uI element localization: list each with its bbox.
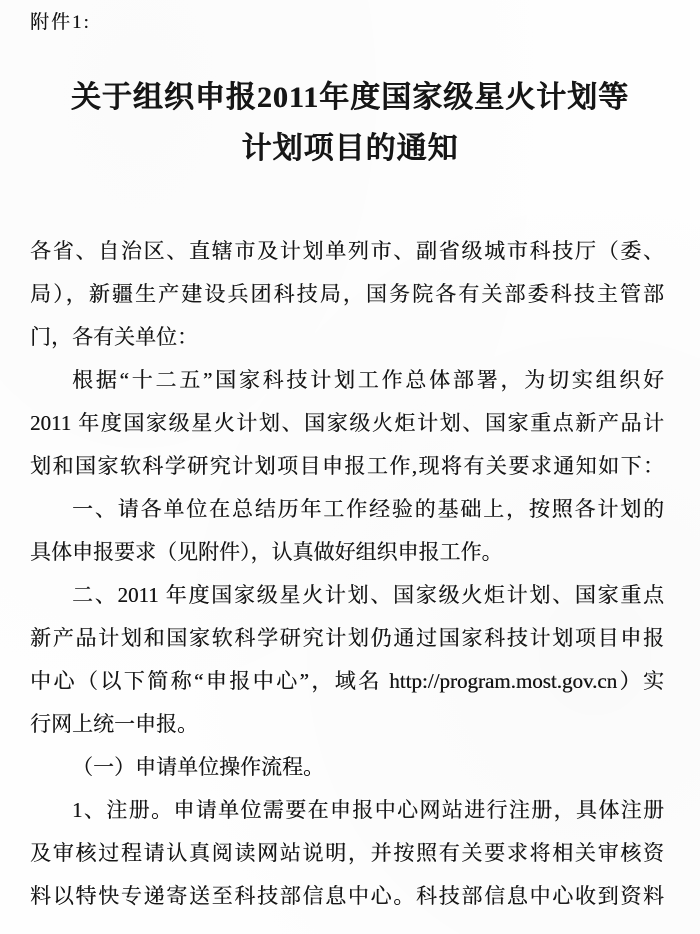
attachment-label: 附件1: xyxy=(30,9,91,37)
document-title: 关于组织申报2011年度国家级星火计划等 计划项目的通知 xyxy=(0,72,700,174)
body-line: 根据“十二五”国家科技计划工作总体部署，为切实组织好 xyxy=(30,359,664,402)
body-line: 1、注册。申请单位需要在申报中心网站进行注册，具体注册 xyxy=(30,789,664,832)
body-line: 局），新疆生产建设兵团科技局，国务院各有关部委科技主管部 xyxy=(30,273,664,316)
body-line: 中心（以下简称“申报中心”，域名 http://program.most.gov… xyxy=(30,660,664,703)
body-line: 料以特快专递寄送至科技部信息中心。科技部信息中心收到资料 xyxy=(30,875,664,918)
body-line: 门，各有关单位： xyxy=(30,316,664,359)
body-line: 二、2011 年度国家级星火计划、国家级火炬计划、国家重点 xyxy=(30,574,664,617)
body-line: 一、请各单位在总结历年工作经验的基础上，按照各计划的 xyxy=(30,488,664,531)
body-line: 各省、自治区、直辖市及计划单列市、副省级城市科技厅（委、 xyxy=(30,230,664,273)
body-line: 行网上统一申报。 xyxy=(30,703,664,746)
body-line: 2011 年度国家级星火计划、国家级火炬计划、国家重点新产品计 xyxy=(30,402,664,445)
body-line: 划和国家软科学研究计划项目申报工作,现将有关要求通知如下： xyxy=(30,445,664,488)
title-line-2: 计划项目的通知 xyxy=(0,123,700,174)
document-body: 各省、自治区、直辖市及计划单列市、副省级城市科技厅（委、局），新疆生产建设兵团科… xyxy=(30,230,664,918)
title-line-1: 关于组织申报2011年度国家级星火计划等 xyxy=(0,72,700,123)
body-line: （一）申请单位操作流程。 xyxy=(30,746,664,789)
body-line: 新产品计划和国家软科学研究计划仍通过国家科技计划项目申报 xyxy=(30,617,664,660)
body-line: 及审核过程请认真阅读网站说明，并按照有关要求将相关审核资 xyxy=(30,832,664,875)
body-line: 具体申报要求（见附件），认真做好组织申报工作。 xyxy=(30,531,664,574)
document-page: 附件1: 关于组织申报2011年度国家级星火计划等 计划项目的通知 各省、自治区… xyxy=(0,0,700,934)
